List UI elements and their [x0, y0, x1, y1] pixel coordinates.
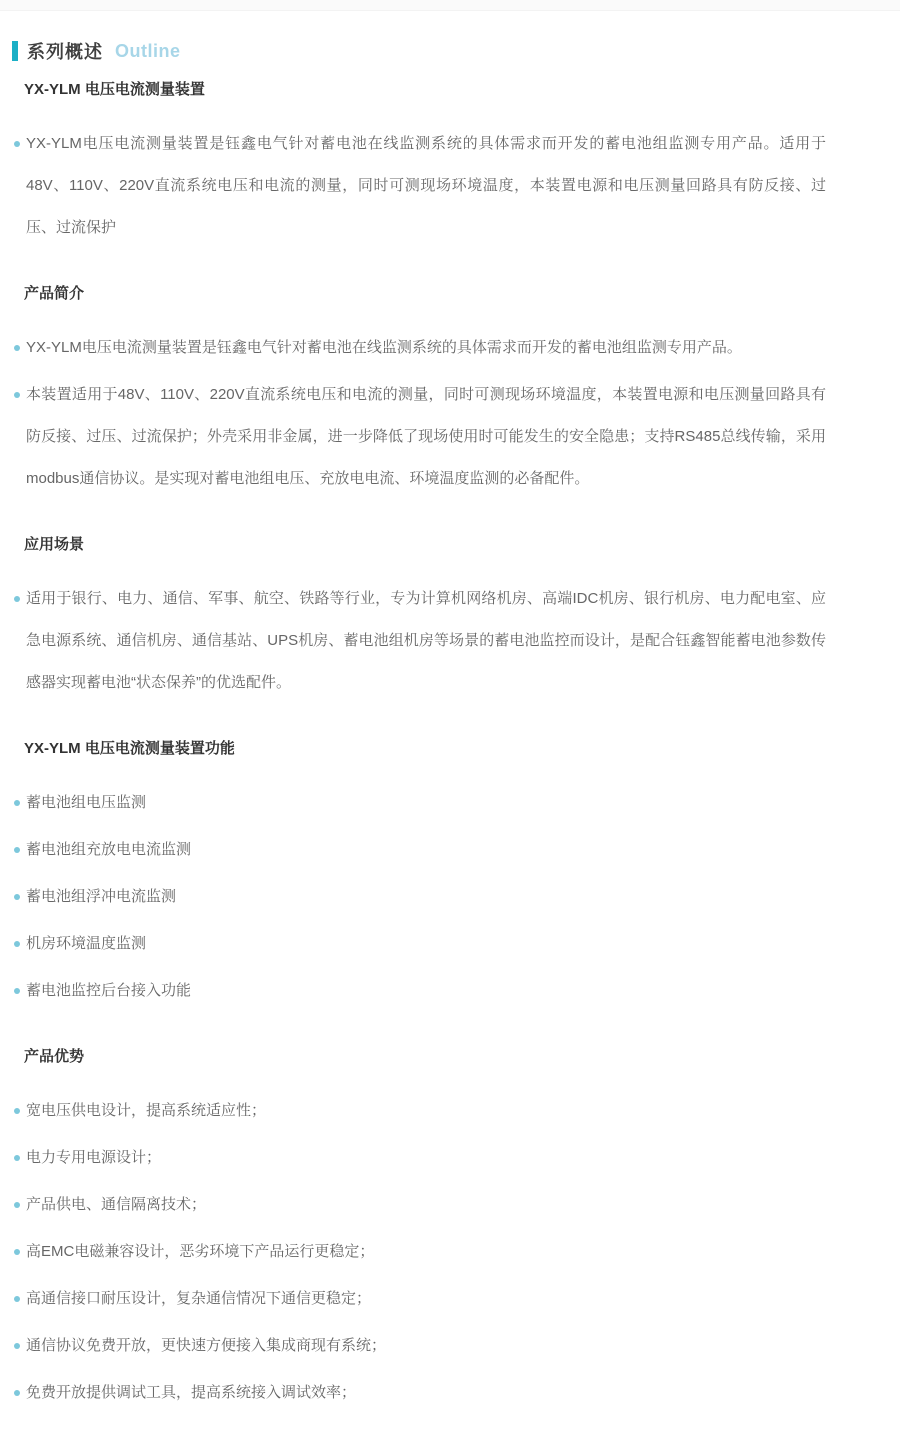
list-item-text: 通信协议免费开放，更快速方便接入集成商现有系统；: [26, 1325, 826, 1367]
list-item: 通信协议免费开放，更快速方便接入集成商现有系统；: [14, 1325, 850, 1367]
list-item: 宽电压供电设计，提高系统适应性；: [14, 1090, 850, 1132]
list-item: 产品供电、通信隔离技术；: [14, 1184, 850, 1226]
bullet-list: 蓄电池组电压监测 蓄电池组充放电电流监测 蓄电池组浮冲电流监测 机房环境温度监测…: [14, 782, 850, 1012]
section-heading: 产品简介: [24, 283, 850, 305]
bullet-icon: [14, 1202, 20, 1208]
list-item: 电力专用电源设计；: [14, 1137, 850, 1179]
bullet-icon: [14, 1108, 20, 1114]
bullet-icon: [14, 1390, 20, 1396]
series-title-en: Outline: [115, 41, 181, 62]
bullet-list: YX-YLM电压电流测量装置是钰鑫电气针对蓄电池在线监测系统的具体需求而开发的蓄…: [14, 123, 850, 249]
accent-bar-icon: [12, 41, 18, 61]
bullet-icon: [14, 1249, 20, 1255]
bullet-list: YX-YLM电压电流测量装置是钰鑫电气针对蓄电池在线监测系统的具体需求而开发的蓄…: [14, 327, 850, 500]
paragraph-text: 本装置适用于48V、110V、220V直流系统电压和电流的测量，同时可测现场环境…: [26, 374, 826, 500]
list-item-text: 高EMC电磁兼容设计，恶劣环境下产品运行更稳定；: [26, 1231, 826, 1273]
section-heading: 产品优势: [24, 1046, 850, 1068]
list-item: 蓄电池组充放电电流监测: [14, 829, 850, 871]
document-body: 系列概述 Outline YX-YLM 电压电流测量装置 YX-YLM电压电流测…: [0, 11, 900, 1449]
list-item-text: 高通信接口耐压设计，复杂通信情况下通信更稳定；: [26, 1278, 826, 1320]
list-item-text: 蓄电池组浮冲电流监测: [26, 876, 826, 918]
bullet-icon: [14, 392, 20, 398]
list-item: YX-YLM电压电流测量装置是钰鑫电气针对蓄电池在线监测系统的具体需求而开发的蓄…: [14, 123, 850, 249]
list-item: 机房环境温度监测: [14, 923, 850, 965]
list-item-text: 蓄电池监控后台接入功能: [26, 970, 826, 1012]
section-product-intro: 产品简介 YX-YLM电压电流测量装置是钰鑫电气针对蓄电池在线监测系统的具体需求…: [12, 283, 850, 500]
list-item-text: 机房环境温度监测: [26, 923, 826, 965]
paragraph-text: 适用于银行、电力、通信、军事、航空、铁路等行业，专为计算机网络机房、高端IDC机…: [26, 578, 826, 704]
bullet-icon: [14, 345, 20, 351]
section-header: 系列概述 Outline: [12, 39, 850, 63]
list-item: 蓄电池组电压监测: [14, 782, 850, 824]
bullet-icon: [14, 1296, 20, 1302]
section-heading: 应用场景: [24, 534, 850, 556]
paragraph-text: YX-YLM电压电流测量装置是钰鑫电气针对蓄电池在线监测系统的具体需求而开发的蓄…: [26, 123, 826, 249]
list-item: 本装置适用于48V、110V、220V直流系统电压和电流的测量，同时可测现场环境…: [14, 374, 850, 500]
paragraph-text: YX-YLM电压电流测量装置是钰鑫电气针对蓄电池在线监测系统的具体需求而开发的蓄…: [26, 327, 826, 369]
bullet-icon: [14, 1155, 20, 1161]
list-item: 适用于银行、电力、通信、军事、航空、铁路等行业，专为计算机网络机房、高端IDC机…: [14, 578, 850, 704]
bullet-icon: [14, 941, 20, 947]
bullet-icon: [14, 1343, 20, 1349]
bullet-icon: [14, 847, 20, 853]
list-item-text: 免费开放提供调试工具，提高系统接入调试效率；: [26, 1372, 826, 1414]
section-device-functions: YX-YLM 电压电流测量装置功能 蓄电池组电压监测 蓄电池组充放电电流监测 蓄…: [12, 738, 850, 1012]
page-top-strip: [0, 0, 900, 11]
list-item: 免费开放提供调试工具，提高系统接入调试效率；: [14, 1372, 850, 1414]
bullet-icon: [14, 988, 20, 994]
list-item-text: 蓄电池组充放电电流监测: [26, 829, 826, 871]
bullet-icon: [14, 800, 20, 806]
bullet-icon: [14, 894, 20, 900]
section-product-advantages: 产品优势 宽电压供电设计，提高系统适应性； 电力专用电源设计； 产品供电、通信隔…: [12, 1046, 850, 1414]
list-item-text: 宽电压供电设计，提高系统适应性；: [26, 1090, 826, 1132]
section-application-scenarios: 应用场景 适用于银行、电力、通信、军事、航空、铁路等行业，专为计算机网络机房、高…: [12, 534, 850, 704]
list-item: YX-YLM电压电流测量装置是钰鑫电气针对蓄电池在线监测系统的具体需求而开发的蓄…: [14, 327, 850, 369]
list-item: 高通信接口耐压设计，复杂通信情况下通信更稳定；: [14, 1278, 850, 1320]
list-item-text: 电力专用电源设计；: [26, 1137, 826, 1179]
bullet-list: 宽电压供电设计，提高系统适应性； 电力专用电源设计； 产品供电、通信隔离技术； …: [14, 1090, 850, 1414]
series-title-zh: 系列概述: [27, 38, 103, 64]
list-item-text: 蓄电池组电压监测: [26, 782, 826, 824]
list-item: 蓄电池组浮冲电流监测: [14, 876, 850, 918]
section-product-title: YX-YLM 电压电流测量装置 YX-YLM电压电流测量装置是钰鑫电气针对蓄电池…: [12, 79, 850, 249]
bullet-icon: [14, 141, 20, 147]
section-heading: YX-YLM 电压电流测量装置: [24, 79, 850, 101]
bullet-list: 适用于银行、电力、通信、军事、航空、铁路等行业，专为计算机网络机房、高端IDC机…: [14, 578, 850, 704]
list-item: 高EMC电磁兼容设计，恶劣环境下产品运行更稳定；: [14, 1231, 850, 1273]
list-item: 蓄电池监控后台接入功能: [14, 970, 850, 1012]
bullet-icon: [14, 596, 20, 602]
list-item-text: 产品供电、通信隔离技术；: [26, 1184, 826, 1226]
section-heading: YX-YLM 电压电流测量装置功能: [24, 738, 850, 760]
